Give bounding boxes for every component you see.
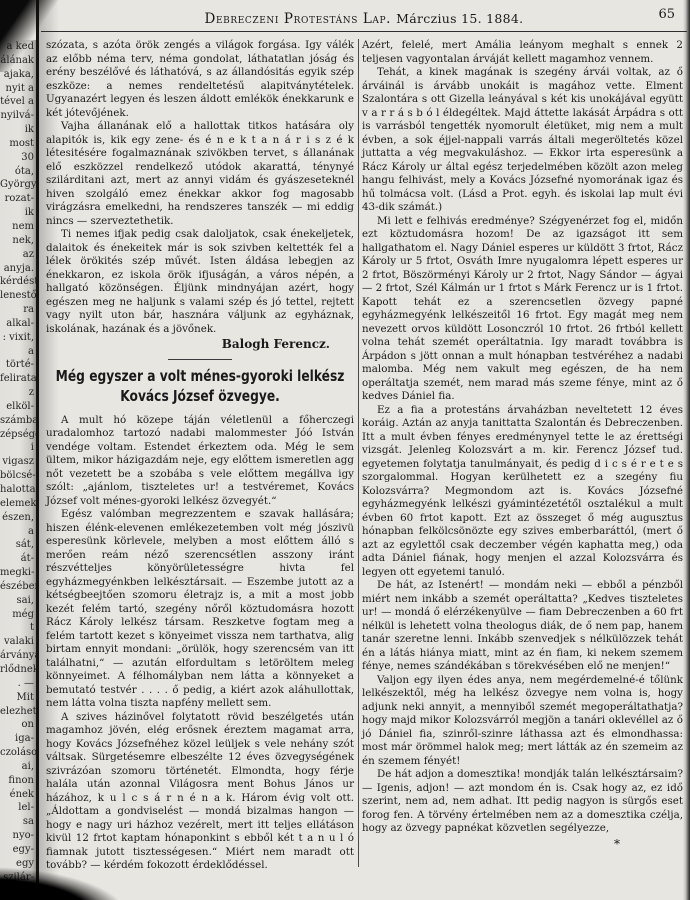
paragraph: A mult hó közepe táján véletlenül a főhe… — [46, 414, 354, 509]
page-number: 65 — [658, 7, 675, 22]
paragraph: Ti nemes ifjak pedig csak daloljatok, cs… — [46, 228, 354, 336]
newspaper-title: Debreczeni Protestáns Lap. — [205, 11, 392, 27]
paragraph: De hát, az Istenért! — mondám neki — ebb… — [362, 579, 683, 674]
paragraph: Vajha állanának elő a hallottak titkos h… — [46, 120, 354, 228]
article-title: Még egyszer a volt ménes-gyoroki lelkész… — [47, 366, 354, 406]
issue-date: Márczius 15. 1884. — [396, 11, 523, 26]
facing-page-text-fragments: a ked álának ajaka, nyit a tével a nyilv… — [0, 40, 36, 888]
text-columns: szózata, s azóta örök zengés a világok f… — [41, 32, 690, 873]
paragraph: Ez a fia a protestáns árvaházban nevelte… — [362, 404, 683, 580]
author-signature: Balogh Ferencz. — [46, 338, 354, 352]
scanned-newspaper-page: a ked álának ajaka, nyit a tével a nyilv… — [0, 0, 690, 900]
masthead: Debreczeni Protestáns Lap. Márczius 15. … — [41, 0, 687, 32]
page-edge — [36, 0, 39, 900]
paragraph: Azért, felelé, mert Amália leányom megha… — [362, 39, 683, 66]
printed-page: Debreczeni Protestáns Lap. Márczius 15. … — [41, 0, 690, 900]
right-column: Azért, felelé, mert Amália leányom megha… — [362, 39, 690, 873]
paragraph: De hát adjon a domesztika! mondják talán… — [362, 768, 683, 836]
paragraph: A szives házinővel folytatott rövid besz… — [46, 711, 354, 873]
left-column: szózata, s azóta örök zengés a világok f… — [46, 39, 354, 873]
paragraph: Valjon egy ilyen édes anya, nem megérdem… — [362, 674, 683, 769]
masthead-center: Debreczeni Protestáns Lap. Márczius 15. … — [41, 8, 687, 27]
paragraph: Egész valómban megrezzentem e szavak hal… — [46, 508, 354, 711]
paragraph: Tehát, a kinek magának is szegény árvái … — [362, 66, 683, 215]
column-divider-rule — [358, 39, 359, 867]
paragraph: Mi lett e felhivás eredménye? Szégyenérz… — [362, 215, 683, 404]
section-divider-rule — [168, 359, 232, 360]
paragraph: szózata, s azóta örök zengés a világok f… — [46, 39, 354, 120]
footnote-asterisk: * — [362, 837, 683, 851]
